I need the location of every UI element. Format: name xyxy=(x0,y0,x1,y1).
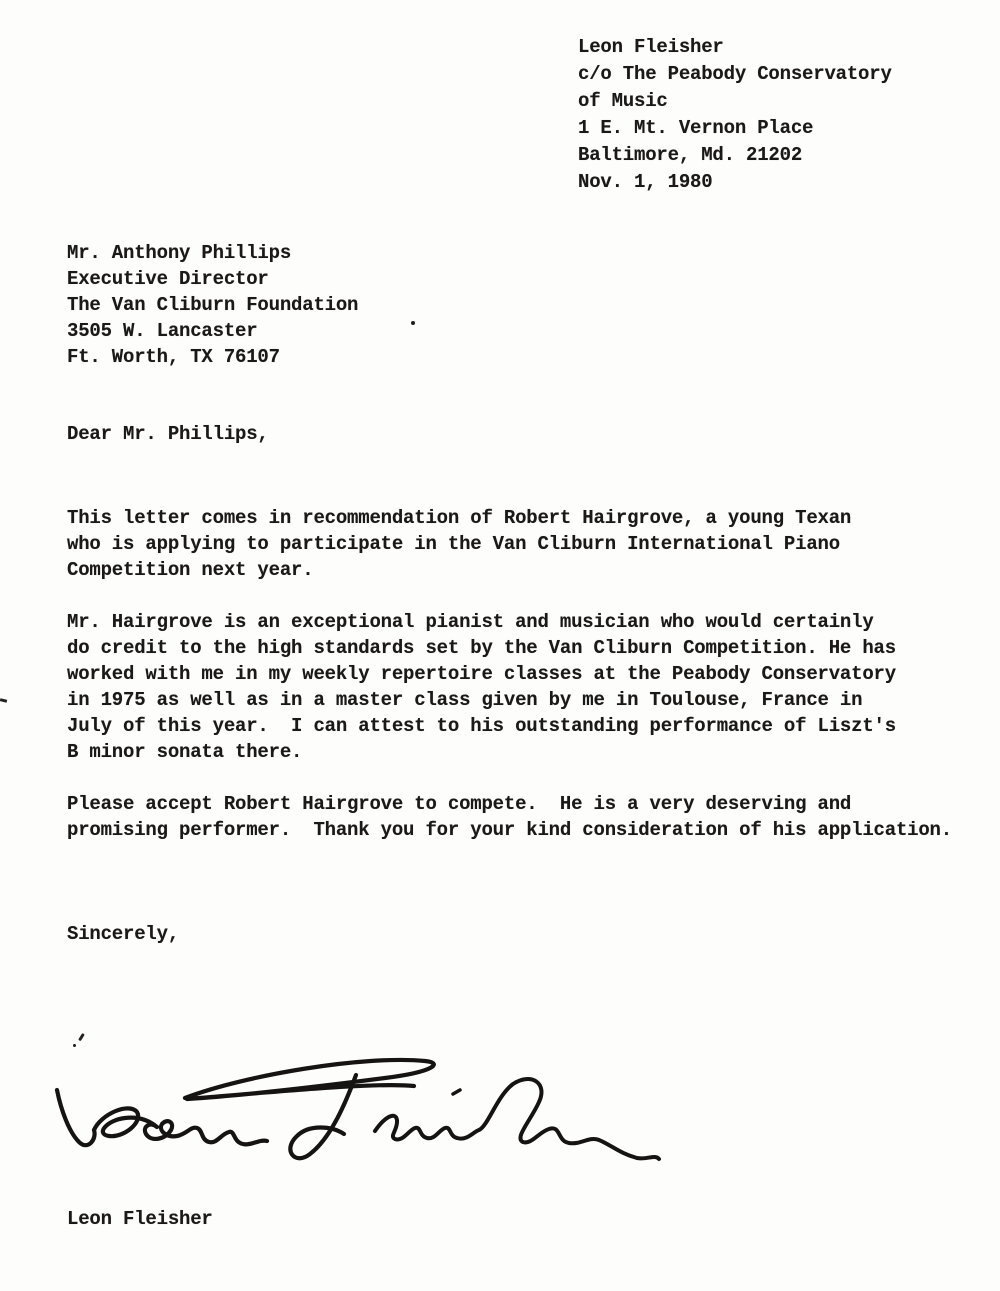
scan-speck xyxy=(73,1044,76,1047)
text-line: Please accept Robert Hairgrove to compet… xyxy=(67,791,952,817)
body-paragraph-2: Mr. Hairgrove is an exceptional pianist … xyxy=(67,609,896,765)
text-line: Baltimore, Md. 21202 xyxy=(578,142,892,169)
text-line: Mr. Anthony Phillips xyxy=(67,240,358,266)
scan-edge-mark xyxy=(0,698,7,703)
closing-salutation: Sincerely, xyxy=(67,921,179,947)
text-line: Leon Fleisher xyxy=(578,34,892,61)
text-line: 1 E. Mt. Vernon Place xyxy=(578,115,892,142)
scan-apostrophe-mark xyxy=(78,1033,84,1041)
handwritten-signature xyxy=(45,1042,665,1182)
text-line: promising performer. Thank you for your … xyxy=(67,817,952,843)
text-line: in 1975 as well as in a master class giv… xyxy=(67,687,896,713)
text-line: of Music xyxy=(578,88,892,115)
text-line: Nov. 1, 1980 xyxy=(578,169,892,196)
text-line: do credit to the high standards set by t… xyxy=(67,635,896,661)
text-line: The Van Cliburn Foundation xyxy=(67,292,358,318)
text-line: Competition next year. xyxy=(67,557,851,583)
text-line: This letter comes in recommendation of R… xyxy=(67,505,851,531)
salutation: Dear Mr. Phillips, xyxy=(67,421,269,447)
text-line: worked with me in my weekly repertoire c… xyxy=(67,661,896,687)
typed-signature-name: Leon Fleisher xyxy=(67,1206,213,1232)
text-line: Executive Director xyxy=(67,266,358,292)
body-paragraph-3: Please accept Robert Hairgrove to compet… xyxy=(67,791,952,843)
text-line: 3505 W. Lancaster xyxy=(67,318,358,344)
recipient-address-block: Mr. Anthony PhillipsExecutive DirectorTh… xyxy=(67,240,358,370)
scan-speck xyxy=(411,321,415,325)
text-line: Ft. Worth, TX 76107 xyxy=(67,344,358,370)
body-paragraph-1: This letter comes in recommendation of R… xyxy=(67,505,851,583)
text-line: Mr. Hairgrove is an exceptional pianist … xyxy=(67,609,896,635)
text-line: B minor sonata there. xyxy=(67,739,896,765)
text-line: July of this year. I can attest to his o… xyxy=(67,713,896,739)
text-line: who is applying to participate in the Va… xyxy=(67,531,851,557)
letter-page: Leon Fleisherc/o The Peabody Conservator… xyxy=(0,0,1000,1291)
sender-address-block: Leon Fleisherc/o The Peabody Conservator… xyxy=(578,34,892,196)
text-line: c/o The Peabody Conservatory xyxy=(578,61,892,88)
